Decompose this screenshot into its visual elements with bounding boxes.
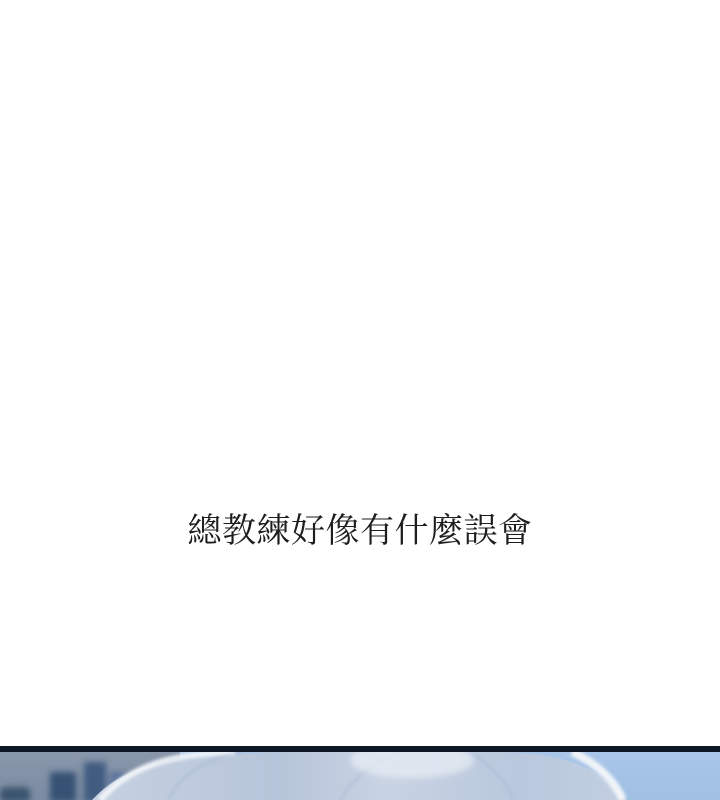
comic-panel-image bbox=[0, 752, 720, 800]
corner-haze bbox=[0, 790, 30, 800]
narration-text: 總教練好像有什麼誤會 bbox=[0, 511, 720, 551]
panel-artwork bbox=[0, 752, 720, 800]
webtoon-page: 總教練好像有什麼誤會 bbox=[0, 0, 720, 800]
